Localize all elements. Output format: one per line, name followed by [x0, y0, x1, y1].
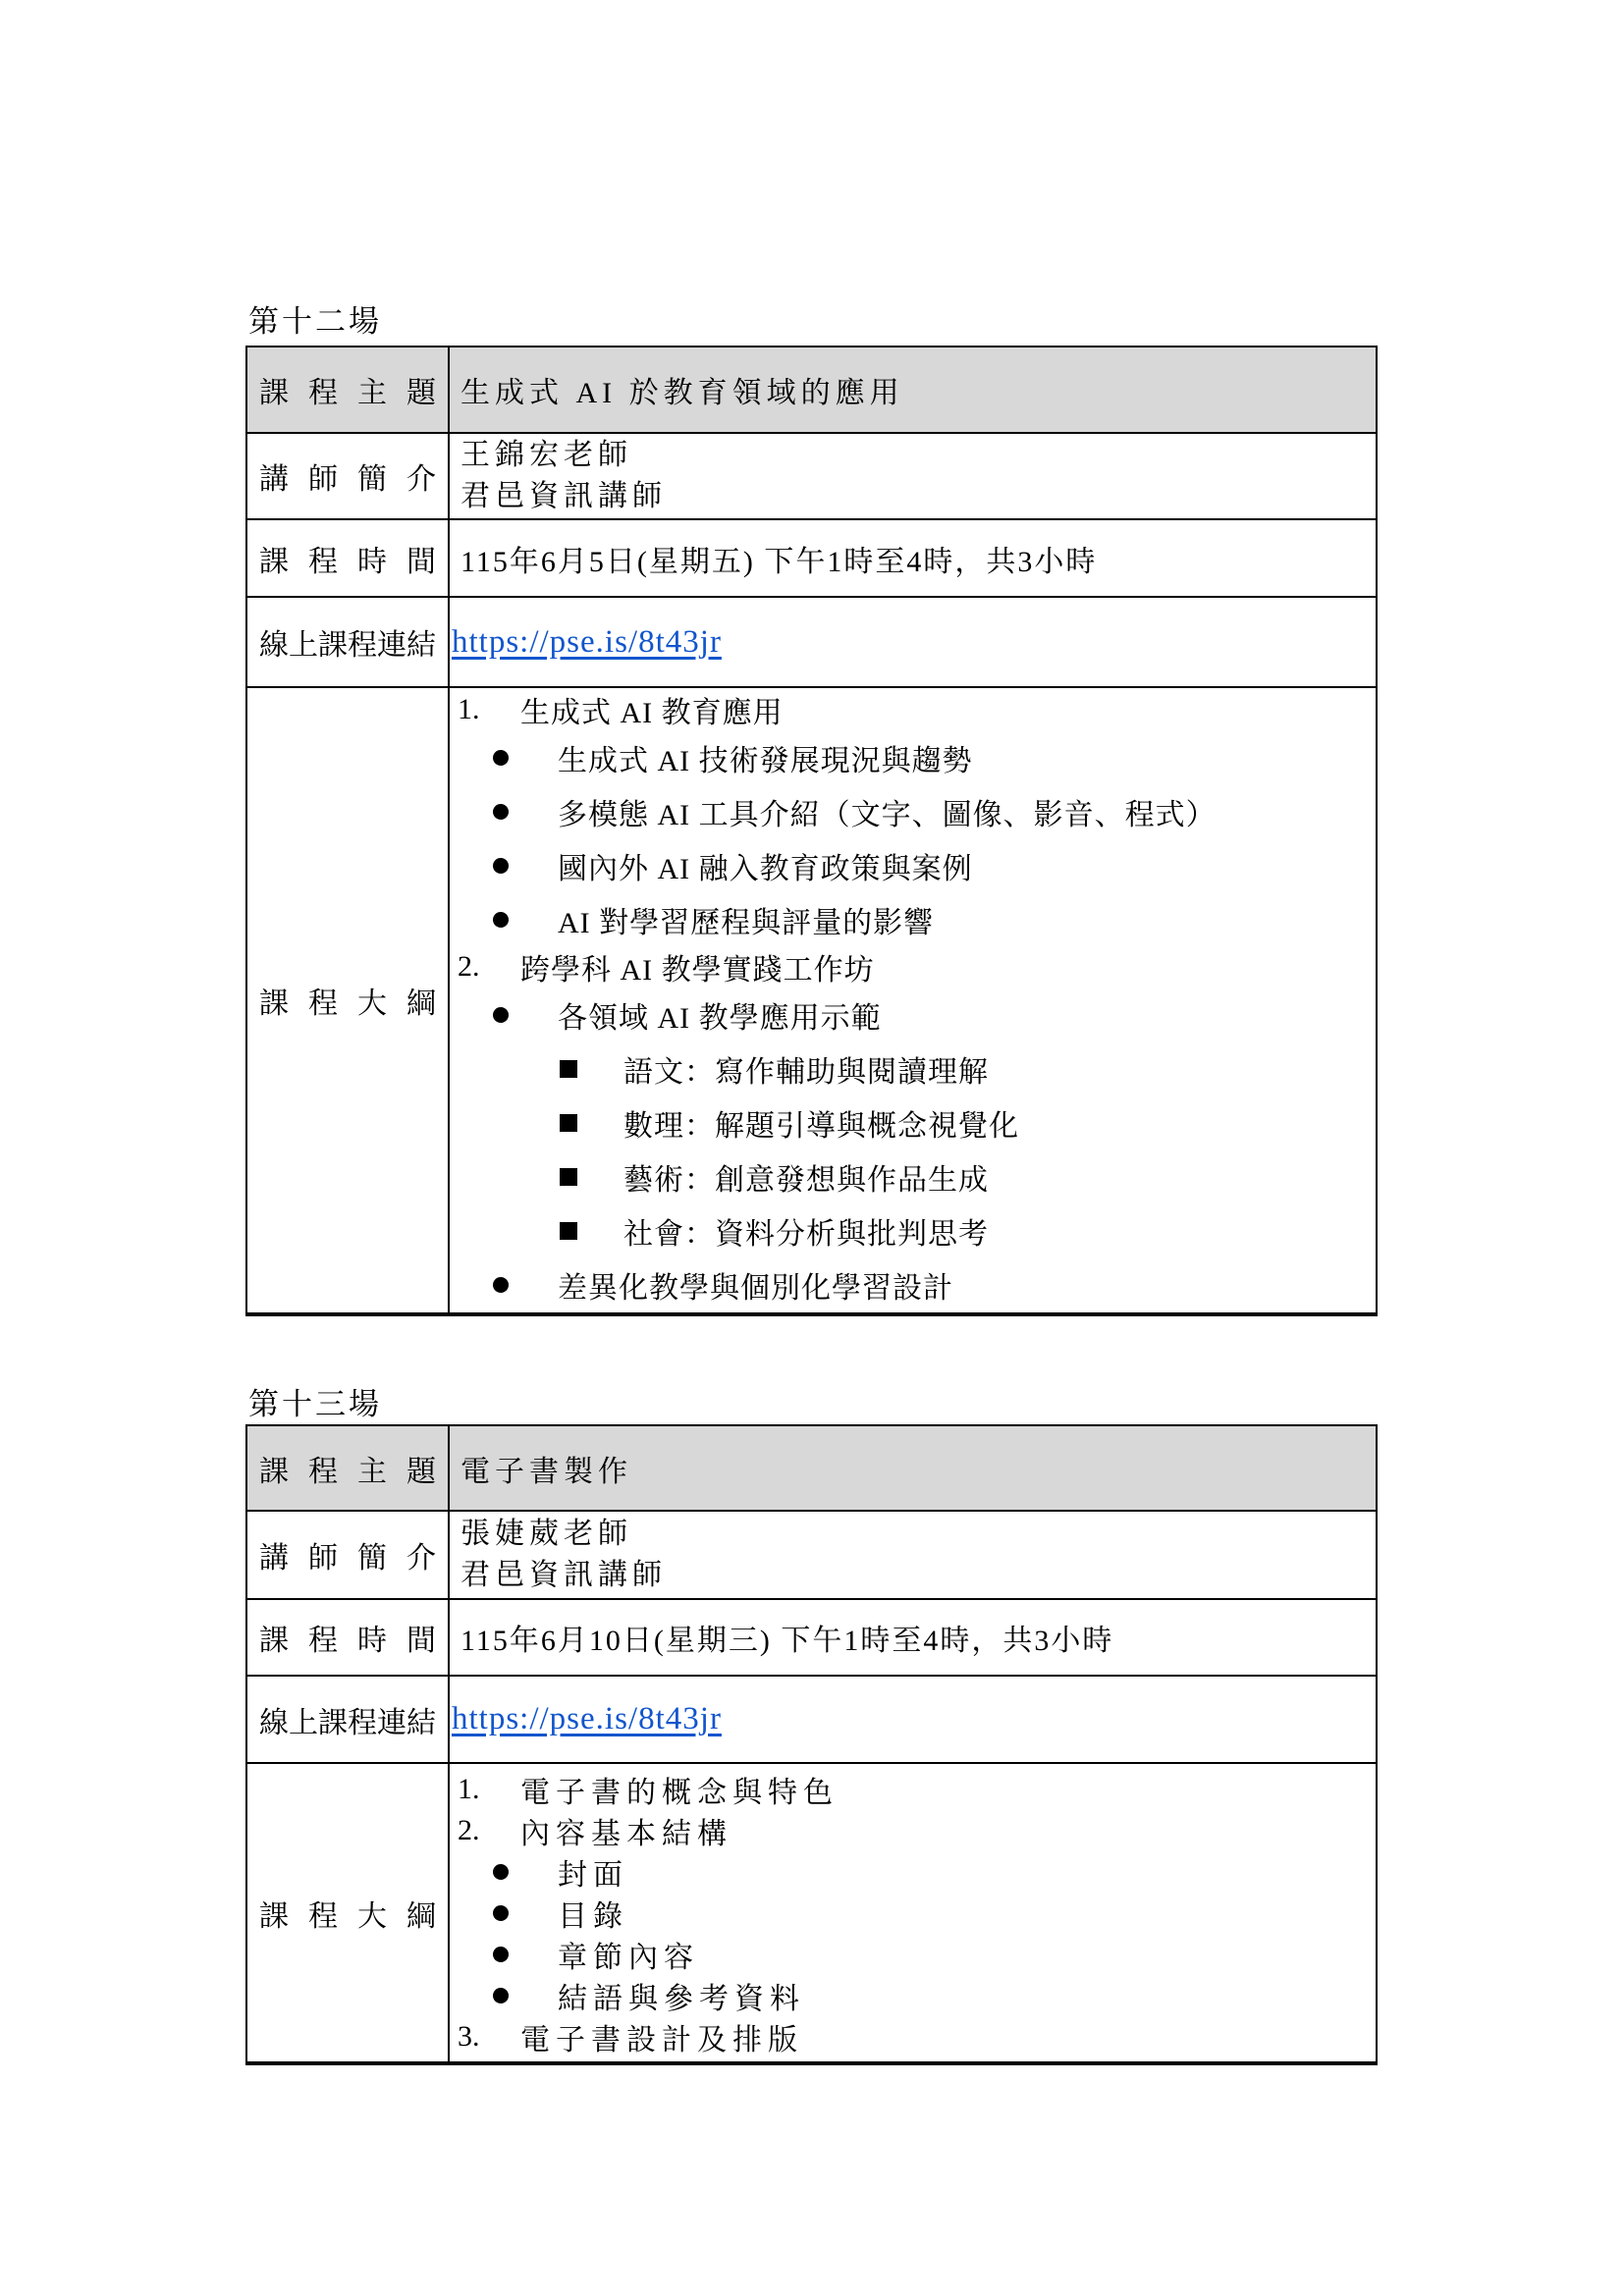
course-table-session-12: 課程主題 生成式 AI 於教育領域的應用 講師簡介 王錦宏老師 君邑資訊講師 課…	[245, 346, 1378, 1316]
link-row: 線上課程連結 https://pse.is/8t43jr	[247, 1677, 1376, 1764]
course-link[interactable]: https://pse.is/8t43jr	[452, 624, 1376, 661]
outline-item: 封面	[450, 1851, 1376, 1893]
lecturer-name: 王錦宏老師	[450, 435, 1376, 476]
list-number: 1.	[458, 693, 520, 726]
bullet-circle-icon	[493, 1277, 509, 1293]
topic-label: 課程主題	[247, 1447, 448, 1490]
outline-item: 數理：解題引導與概念視覺化	[450, 1095, 1376, 1149]
lecturer-label: 講師簡介	[247, 454, 448, 498]
link-label-cell: 線上課程連結	[247, 1677, 450, 1762]
list-number: 2.	[458, 950, 520, 984]
outline-text: 差異化教學與個別化學習設計	[558, 1263, 953, 1307]
outline-item: 國內外 AI 融入教育政策與案例	[450, 838, 1376, 892]
time-value-cell: 115年6月5日(星期五) 下午1時至4時，共3小時	[450, 520, 1376, 596]
lecturer-org: 君邑資訊講師	[450, 476, 1376, 517]
topic-row: 課程主題 電子書製作	[247, 1426, 1376, 1512]
link-label-cell: 線上課程連結	[247, 598, 450, 686]
time-label: 課程時間	[247, 537, 448, 580]
outline-text: 電子書設計及排版	[520, 2015, 803, 2058]
outline-text: 生成式 AI 技術發展現況與趨勢	[558, 736, 973, 779]
time-row: 課程時間 115年6月10日(星期三) 下午1時至4時，共3小時	[247, 1600, 1376, 1677]
lecturer-row: 講師簡介 張婕葳老師 君邑資訊講師	[247, 1512, 1376, 1600]
outline-item: 3.電子書設計及排版	[450, 2016, 1376, 2057]
outline-text: 數理：解題引導與概念視覺化	[623, 1101, 1019, 1145]
bullet-circle-icon	[493, 750, 509, 766]
bullet-square-icon	[560, 1114, 577, 1132]
outline-item: 社會：資料分析與批判思考	[450, 1203, 1376, 1257]
bullet-circle-icon	[493, 858, 509, 874]
outline-list: 1.電子書的概念與特色2.內容基本結構封面目錄章節內容結語與參考資料3.電子書設…	[450, 1764, 1376, 2061]
time-value-cell: 115年6月10日(星期三) 下午1時至4時，共3小時	[450, 1600, 1376, 1675]
outline-item: 藝術：創意發想與作品生成	[450, 1149, 1376, 1203]
bullet-circle-icon	[493, 804, 509, 820]
outline-item: 各領域 AI 教學應用示範	[450, 988, 1376, 1041]
lecturer-label-cell: 講師簡介	[247, 1512, 450, 1598]
lecturer-label-cell: 講師簡介	[247, 434, 450, 518]
outline-item: 1.生成式 AI 教育應用	[450, 689, 1376, 730]
bullet-square-icon	[560, 1168, 577, 1186]
lecturer-org: 君邑資訊講師	[450, 1555, 1376, 1596]
lecturer-label: 講師簡介	[247, 1533, 448, 1576]
outline-text: 結語與參考資料	[558, 1974, 805, 2017]
topic-row: 課程主題 生成式 AI 於教育領域的應用	[247, 347, 1376, 434]
link-row: 線上課程連結 https://pse.is/8t43jr	[247, 598, 1376, 688]
bullet-circle-icon	[493, 912, 509, 928]
outline-text: 電子書的概念與特色	[520, 1768, 839, 1811]
outline-text: AI 對學習歷程與評量的影響	[558, 898, 934, 941]
bullet-circle-icon	[493, 1864, 509, 1880]
outline-list: 1.生成式 AI 教育應用生成式 AI 技術發展現況與趨勢多模態 AI 工具介紹…	[450, 688, 1376, 1312]
time-row: 課程時間 115年6月5日(星期五) 下午1時至4時，共3小時	[247, 520, 1376, 598]
topic-value: 電子書製作	[450, 1447, 1376, 1490]
outline-text: 內容基本結構	[520, 1809, 732, 1852]
outline-label: 課程大綱	[247, 1892, 448, 1935]
bullet-circle-icon	[493, 1905, 509, 1921]
bullet-square-icon	[560, 1060, 577, 1078]
link-label: 線上課程連結	[247, 620, 448, 664]
lecturer-name: 張婕葳老師	[450, 1514, 1376, 1555]
outline-item: 1.電子書的概念與特色	[450, 1769, 1376, 1810]
topic-value-cell: 生成式 AI 於教育領域的應用	[450, 347, 1376, 432]
outline-item: 結語與參考資料	[450, 1975, 1376, 2016]
time-label-cell: 課程時間	[247, 520, 450, 596]
outline-text: 跨學科 AI 教學實踐工作坊	[520, 945, 875, 988]
bullet-square-icon	[560, 1222, 577, 1240]
outline-text: 社會：資料分析與批判思考	[623, 1209, 989, 1253]
link-value-cell: https://pse.is/8t43jr	[450, 1677, 1376, 1762]
topic-label-cell: 課程主題	[247, 347, 450, 432]
outline-item: 2.跨學科 AI 教學實踐工作坊	[450, 946, 1376, 988]
list-number: 2.	[458, 1814, 520, 1847]
outline-row: 課程大綱 1.電子書的概念與特色2.內容基本結構封面目錄章節內容結語與參考資料3…	[247, 1763, 1376, 2061]
outline-text: 語文：寫作輔助與閱讀理解	[623, 1047, 989, 1091]
lecturer-row: 講師簡介 王錦宏老師 君邑資訊講師	[247, 434, 1376, 520]
outline-text: 章節內容	[558, 1933, 699, 1976]
time-label-cell: 課程時間	[247, 1600, 450, 1675]
time-value: 115年6月5日(星期五) 下午1時至4時，共3小時	[450, 537, 1376, 580]
outline-item: 差異化教學與個別化學習設計	[450, 1257, 1376, 1311]
topic-value: 生成式 AI 於教育領域的應用	[450, 368, 1376, 411]
topic-label-cell: 課程主題	[247, 1426, 450, 1510]
section-title-session-13: 第十三場	[248, 1379, 382, 1423]
lecturer-value-cell: 王錦宏老師 君邑資訊講師	[450, 434, 1376, 518]
outline-text: 藝術：創意發想與作品生成	[623, 1155, 989, 1199]
bullet-circle-icon	[493, 1988, 509, 2003]
topic-label: 課程主題	[247, 368, 448, 411]
outline-text: 各領域 AI 教學應用示範	[558, 993, 882, 1037]
lecturer-value-cell: 張婕葳老師 君邑資訊講師	[450, 1512, 1376, 1598]
time-value: 115年6月10日(星期三) 下午1時至4時，共3小時	[450, 1616, 1376, 1659]
outline-label-cell: 課程大綱	[247, 688, 450, 1312]
outline-item: 章節內容	[450, 1934, 1376, 1975]
course-table-session-13: 課程主題 電子書製作 講師簡介 張婕葳老師 君邑資訊講師 課程時間 115年6月…	[245, 1424, 1378, 2065]
topic-value-cell: 電子書製作	[450, 1426, 1376, 1510]
outline-item: 生成式 AI 技術發展現況與趨勢	[450, 730, 1376, 784]
outline-item: 多模態 AI 工具介紹（文字、圖像、影音、程式）	[450, 784, 1376, 838]
time-label: 課程時間	[247, 1616, 448, 1659]
outline-item: 語文：寫作輔助與閱讀理解	[450, 1041, 1376, 1095]
outline-text: 目錄	[558, 1892, 628, 1935]
outline-label-cell: 課程大綱	[247, 1764, 450, 2061]
outline-text: 國內外 AI 融入教育政策與案例	[558, 844, 973, 887]
outline-label: 課程大綱	[247, 979, 448, 1022]
outline-row: 課程大綱 1.生成式 AI 教育應用生成式 AI 技術發展現況與趨勢多模態 AI…	[247, 687, 1376, 1312]
document-page: { "colors": { "header_bg": "#d8d8d8", "b…	[0, 0, 1624, 2296]
bullet-circle-icon	[493, 1007, 509, 1023]
outline-text: 生成式 AI 教育應用	[520, 688, 784, 731]
list-number: 3.	[458, 2020, 520, 2054]
outline-item: AI 對學習歷程與評量的影響	[450, 892, 1376, 946]
outline-item: 2.內容基本結構	[450, 1810, 1376, 1851]
outline-item: 目錄	[450, 1893, 1376, 1934]
course-link[interactable]: https://pse.is/8t43jr	[452, 1701, 1376, 1737]
outline-text: 多模態 AI 工具介紹（文字、圖像、影音、程式）	[558, 790, 1217, 833]
section-title-session-12: 第十二場	[248, 296, 382, 341]
link-label: 線上課程連結	[247, 1698, 448, 1741]
list-number: 1.	[458, 1773, 520, 1806]
outline-text: 封面	[558, 1850, 628, 1894]
link-value-cell: https://pse.is/8t43jr	[450, 598, 1376, 686]
bullet-circle-icon	[493, 1947, 509, 1962]
